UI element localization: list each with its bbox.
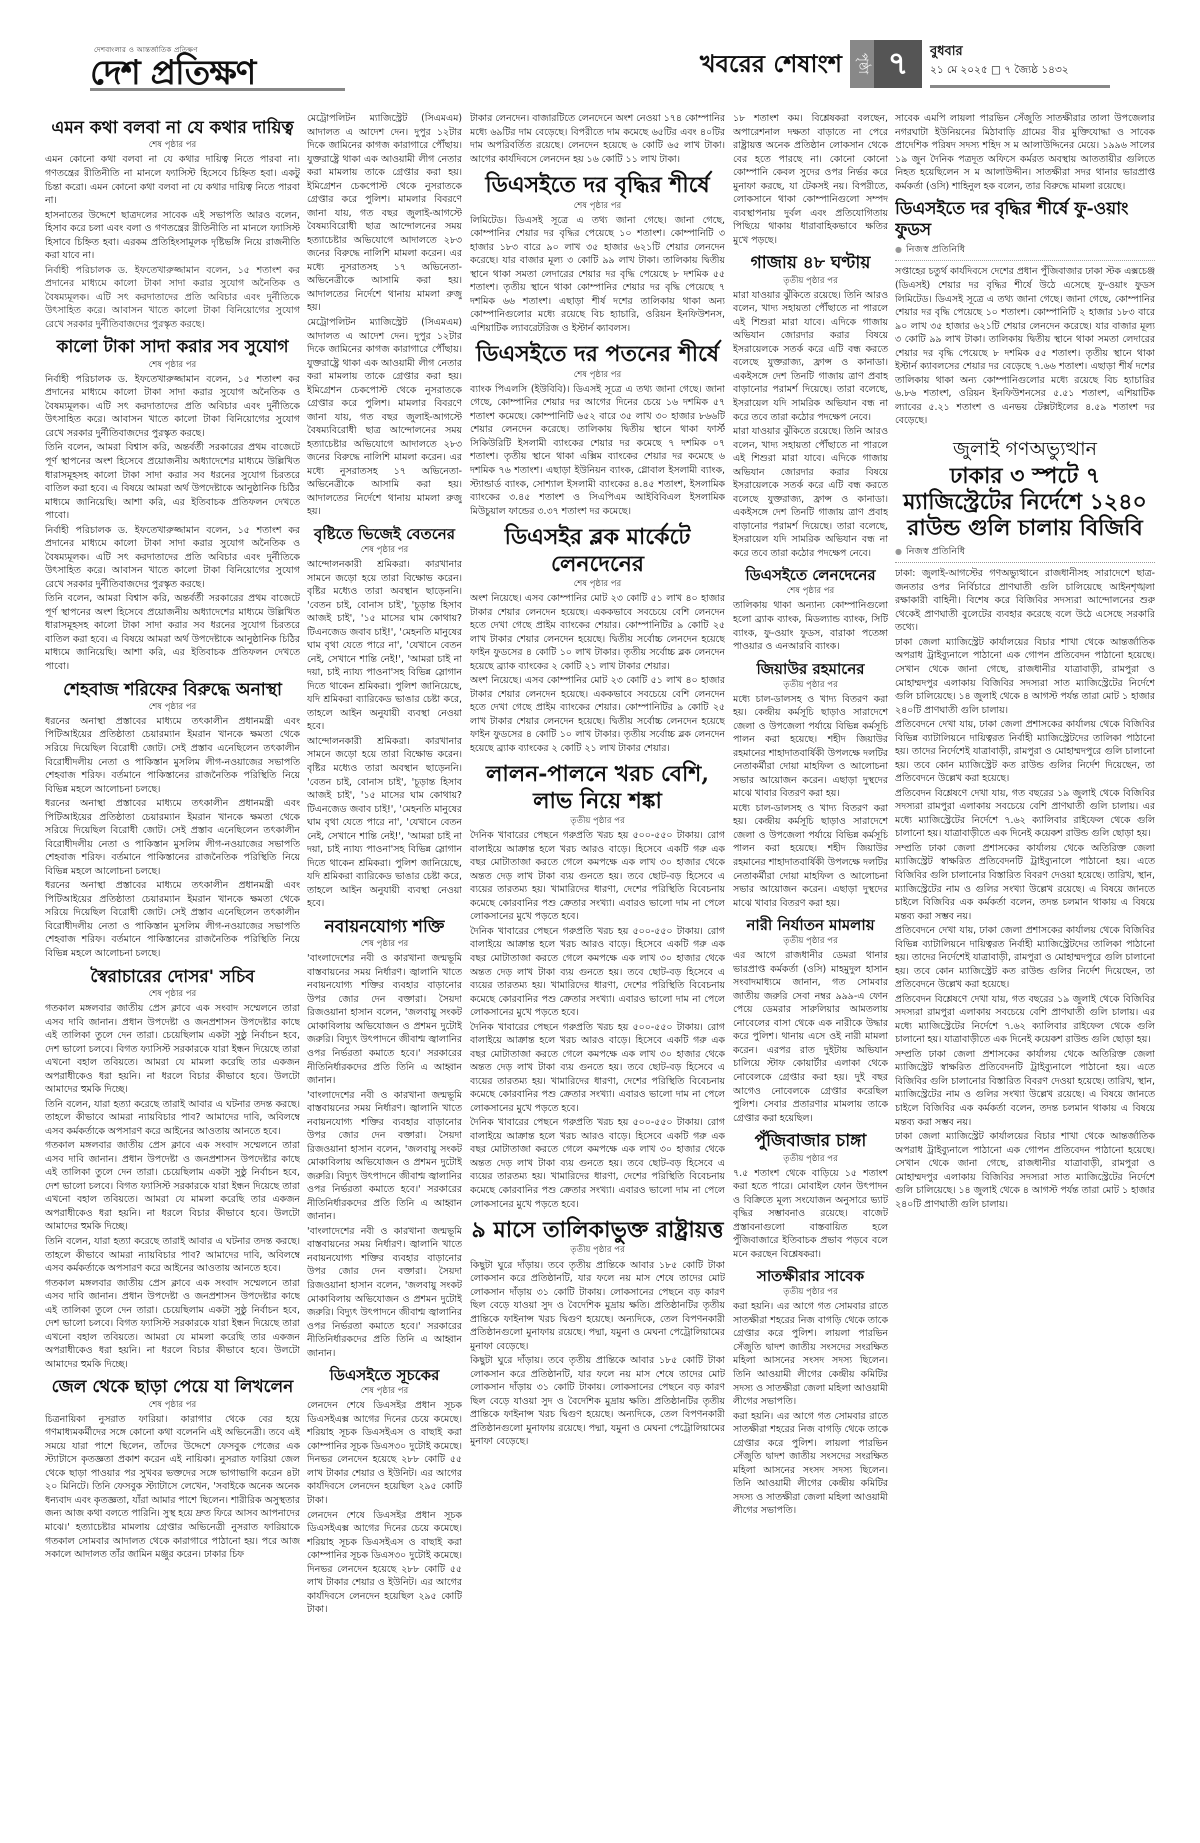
article-brishti: বৃষ্টিতে ভিজেই বেতনের শেষ পৃষ্ঠার পর আন্… xyxy=(307,525,462,911)
weekday: বুধবার xyxy=(930,43,1110,61)
article-dayitto: এমন কথা বলবা না যে কথার দায়িত্ব শেষ পৃষ… xyxy=(45,118,300,331)
continuation-note: শেষ পৃষ্ঠার পর xyxy=(45,988,300,1000)
headline[interactable]: জিয়াউর রহমানের xyxy=(733,660,888,678)
section-title: খবরের শেষাংশ xyxy=(700,47,842,81)
article-body: গতকাল মঙ্গলবার জাতীয় প্রেস ক্লাবে এক সং… xyxy=(45,1002,300,1371)
article-nari-nirjaton: নারী নির্যাতন মামলায় তৃতীয় পৃষ্ঠার পর … xyxy=(733,916,888,1125)
continuation-note: তৃতীয় পৃষ্ঠার পর xyxy=(733,679,888,691)
issue-date: ২১ মে ২০২৫ □ ৭ জ্যৈষ্ঠ ১৪৩২ xyxy=(930,63,1110,78)
divider xyxy=(895,562,1155,563)
byline: নিজস্ব প্রতিনিধি xyxy=(895,545,1155,558)
continuation-note: শেষ পৃষ্ঠার পর xyxy=(45,1399,300,1411)
continuation-note: তৃতীয় পৃষ্ঠার পর xyxy=(733,1286,888,1298)
article-dor-poton: ডিএসইতে দর পতনের শীর্ষে শেষ পৃষ্ঠার পর ব… xyxy=(470,341,725,518)
article-body: আন্দোলনকারী শ্রমিকরা। কারখানার সামনে জড়… xyxy=(307,558,462,911)
article-body: ঢাকা: জুলাই-আগস্টের গণঅভ্যুত্থানে রাজধান… xyxy=(895,567,1155,1211)
headline[interactable]: ডিএসইর ব্লক মার্কেটে লেনদেনের xyxy=(470,524,725,577)
article-satkhira: সাতক্ষীরার সাবেক তৃতীয় পৃষ্ঠার পর করা হ… xyxy=(733,1267,888,1518)
article-nobayonjoggo: নবায়নযোগ্য শক্তি শেষ পৃষ্ঠার পর 'বাংলাদ… xyxy=(307,917,462,1360)
column-2: মেট্রোপলিটন ম্যাজিস্ট্রেট (সিএমএম) আদালত… xyxy=(307,112,462,1843)
article-ziaur: জিয়াউর রহমানের তৃতীয় পৃষ্ঠার পর মধ্যে … xyxy=(733,660,888,911)
article-gaza: গাজায় ৪৮ ঘণ্টায় তৃতীয় পৃষ্ঠার পর মারা… xyxy=(733,253,888,560)
masthead-meta: খবরের শেষাংশ পৃষ্ঠা ৭ বুধবার ২১ মে ২০২৫ … xyxy=(700,40,1110,88)
article-jail: জেল থেকে ছাড়া পেয়ে যা লিখলেন শেষ পৃষ্ঠ… xyxy=(45,1377,300,1561)
headline[interactable]: জেল থেকে ছাড়া পেয়ে যা লিখলেন xyxy=(45,1377,300,1397)
headline[interactable]: নবায়নযোগ্য শক্তি xyxy=(307,917,462,937)
byline: নিজস্ব প্রতিনিধি xyxy=(895,243,1155,256)
article-body: এমন কোনো কথা বলবা না যে কথার দায়িত্ব নি… xyxy=(45,153,300,331)
continuation-note: শেষ পৃষ্ঠার পর xyxy=(45,701,300,713)
headline[interactable]: পুঁজিবাজার চাঙ্গা xyxy=(733,1131,888,1151)
headline[interactable]: স্বৈরাচারের দোসর' সচিব xyxy=(45,967,300,987)
article-body: এর আগে রাজধানীর ডেমরা থানার ভারপ্রাপ্ত ক… xyxy=(733,949,888,1125)
article-body: লিমিটেড। ডিএসই সূত্রে এ তথ্য জানা গেছে। … xyxy=(470,214,725,336)
article-body: লেনদেন শেষে ডিএসইর প্রধান সূচক ডিএসইএক্স… xyxy=(307,1399,462,1617)
column-1: এমন কথা বলবা না যে কথার দায়িত্ব শেষ পৃষ… xyxy=(45,112,300,1843)
article-lendener: ডিএসইতে লেনদেনের শেষ পৃষ্ঠার পর তালিকায়… xyxy=(733,566,888,653)
continuation-note: শেষ পৃষ্ঠার পর xyxy=(470,200,725,212)
headline[interactable]: নারী নির্যাতন মামলায় xyxy=(733,916,888,934)
columns: এমন কথা বলবা না যে কথার দায়িত্ব শেষ পৃষ… xyxy=(45,112,1155,1843)
article-body: ব্যাংক পিএলসি (ইউবিবি)। ডিএসই সূত্রে এ ত… xyxy=(470,383,725,518)
headline[interactable]: ডিএসইতে লেনদেনের xyxy=(733,566,888,584)
continuation-note: শেষ পৃষ্ঠার পর xyxy=(470,578,725,590)
headline[interactable]: ৯ মাসে তালিকাভুক্ত রাষ্ট্রায়ত্ত xyxy=(470,1217,725,1243)
article-rashtrayotto: ৯ মাসে তালিকাভুক্ত রাষ্ট্রায়ত্ত তৃতীয় … xyxy=(470,1217,725,1449)
article-body: ধরনের অনাস্থা প্রস্তাবের মাধ্যমে তৎকালীন… xyxy=(45,715,300,961)
article-block-market: ডিএসইর ব্লক মার্কেটে লেনদেনের শেষ পৃষ্ঠা… xyxy=(470,524,725,755)
masthead-rule xyxy=(90,88,345,91)
article-body: টাকার লেনদেন। বাজারটিতে লেনদেনে অংশ নেওয… xyxy=(470,112,725,166)
article-body: দৈনিক খাবারের পেছনে গরুপ্রতি খরচ হয় ৫০০… xyxy=(470,829,725,1211)
continuation-note: শেষ পৃষ্ঠার পর xyxy=(307,1385,462,1397)
headline[interactable]: এমন কথা বলবা না যে কথার দায়িত্ব xyxy=(45,118,300,138)
article-body: মেট্রোপলিটন ম্যাজিস্ট্রেট (সিএমএম) আদালত… xyxy=(307,112,462,519)
article-body: মধ্যে চাল-ডালসহ ও খাদ্য বিতরণ করা হয়। ক… xyxy=(733,693,888,911)
continuation-note: তৃতীয় পৃষ্ঠার পর xyxy=(733,275,888,287)
article-shehbaz: শেহবাজ শরিফের বিরুদ্ধে অনাস্থা শেষ পৃষ্ঠ… xyxy=(45,680,300,961)
headline[interactable]: ঢাকার ৩ স্পটে ৭ ম্যাজিস্ট্রেটের নির্দেশে… xyxy=(895,463,1155,542)
article-dor-briddhi: ডিএসইতে দর বৃদ্ধির শীর্ষে শেষ পৃষ্ঠার পর… xyxy=(470,172,725,335)
headline[interactable]: ডিএসইতে সূচকের xyxy=(307,1366,462,1384)
page-number: ৭ xyxy=(874,40,922,88)
article-body: তালিকায় থাকা অন্যান্য কোম্পানিগুলো হলো … xyxy=(733,599,888,653)
date-block: বুধবার ২১ মে ২০২৫ □ ৭ জ্যৈষ্ঠ ১৪৩২ xyxy=(930,40,1110,88)
divider xyxy=(895,260,1155,261)
article-body: কিছুটা ঘুরে দাঁড়ায়। তবে তৃতীয় প্রান্ত… xyxy=(470,1259,725,1449)
article-body: অংশ নিয়েছে। এসব কোম্পানির মোট ২৩ কোটি ৫… xyxy=(470,592,725,755)
headline[interactable]: ডিএসইতে দর বৃদ্ধির শীর্ষে xyxy=(470,172,725,198)
article-punjibazar: পুঁজিবাজার চাঙ্গা তৃতীয় পৃষ্ঠার পর ৭.৫ … xyxy=(733,1131,888,1261)
headline[interactable]: ডিএসইতে দর পতনের শীর্ষে xyxy=(470,341,725,367)
continuation-note: তৃতীয় পৃষ্ঠার পর xyxy=(733,1153,888,1165)
article-body: নির্বাহী পরিচালক ড. ইফতেখারুজ্জামান বলেন… xyxy=(45,373,300,674)
article-body: চিত্রনায়িকা নুসরাত ফারিয়া। কারাগার থেক… xyxy=(45,1413,300,1562)
continuation-note: শেষ পৃষ্ঠার পর xyxy=(470,369,725,381)
headline[interactable]: ডিএসইতে দর বৃদ্ধির শীর্ষে ফু-ওয়াং ফুডস xyxy=(895,199,1155,240)
article-body: ৭.৫ শতাংশ থেকে বাড়িয়ে ১৫ শতাংশ করা হতে… xyxy=(733,1167,888,1262)
article-body: 'বাংলাদেশের নবী ও কারখানা জন্মভূমি বাস্ত… xyxy=(307,952,462,1360)
continuation-note: শেষ পৃষ্ঠার পর xyxy=(307,938,462,950)
article-lalon-palon: লালন-পালনে খরচ বেশি, লাভ নিয়ে শঙ্কা তৃত… xyxy=(470,761,725,1211)
column-5: সাবেক এমপি লায়লা পারভিন সেঁজুতি সাতক্ষী… xyxy=(895,112,1155,1843)
masthead: দেশবাংলার ও আন্তর্জাতিক প্রতিক্ষণ দেশ প্… xyxy=(45,0,1155,112)
headline[interactable]: বৃষ্টিতে ভিজেই বেতনের xyxy=(307,525,462,543)
page-label: পৃষ্ঠা xyxy=(850,40,874,88)
column-3: টাকার লেনদেন। বাজারটিতে লেনদেনে অংশ নেওয… xyxy=(470,112,725,1843)
article-suchok: ডিএসইতে সূচকের শেষ পৃষ্ঠার পর লেনদেন শেষ… xyxy=(307,1366,462,1617)
continuation-note: শেষ পৃষ্ঠার পর xyxy=(45,139,300,151)
continuation-note: শেষ পৃষ্ঠার পর xyxy=(733,585,888,597)
article-body: মারা যাওয়ার ঝুঁকিতে রয়েছে। তিনি আরও বল… xyxy=(733,289,888,561)
article-sachib: স্বৈরাচারের দোসর' সচিব শেষ পৃষ্ঠার পর গত… xyxy=(45,967,300,1372)
newspaper-logo[interactable]: দেশ প্রতিক্ষণ xyxy=(90,56,255,90)
continuation-note: শেষ পৃষ্ঠার পর xyxy=(45,359,300,371)
continuation-note: শেষ পৃষ্ঠার পর xyxy=(307,544,462,556)
article-kalo-taka: কালো টাকা সাদা করার সব সুযোগ শেষ পৃষ্ঠার… xyxy=(45,337,300,673)
masthead-brand: দেশবাংলার ও আন্তর্জাতিক প্রতিক্ষণ দেশ প্… xyxy=(90,46,255,90)
article-body: সাবেক এমপি লায়লা পারভিন সেঁজুতি সাতক্ষী… xyxy=(895,112,1155,193)
newspaper-page: দেশবাংলার ও আন্তর্জাতিক প্রতিক্ষণ দেশ প্… xyxy=(0,0,1200,1843)
headline[interactable]: সাতক্ষীরার সাবেক xyxy=(733,1267,888,1285)
article-body: করা হয়নি। এর আগে গত সোমবার রাতে সাতক্ষী… xyxy=(733,1300,888,1518)
article-body: ১৮ শতাংশ কম। বিশ্লেষকরা বলছেন, অপারেশনাল… xyxy=(733,112,888,247)
continuation-note: তৃতীয় পৃষ্ঠার পর xyxy=(733,935,888,947)
article-bgb-firing: জুলাই গণঅভ্যুত্থান ঢাকার ৩ স্পটে ৭ ম্যাজ… xyxy=(895,438,1155,1211)
headline[interactable]: কালো টাকা সাদা করার সব সুযোগ xyxy=(45,337,300,357)
article-body: সপ্তাহের চতুর্থ কার্যদিবসে দেশের প্রধান … xyxy=(895,265,1155,427)
continuation-note: তৃতীয় পৃষ্ঠার পর xyxy=(470,1244,725,1256)
headline[interactable]: লালন-পালনে খরচ বেশি, লাভ নিয়ে শঙ্কা xyxy=(470,761,725,814)
column-4: ১৮ শতাংশ কম। বিশ্লেষকরা বলছেন, অপারেশনাল… xyxy=(733,112,888,1843)
kicker: জুলাই গণঅভ্যুত্থান xyxy=(895,438,1155,461)
continuation-note: তৃতীয় পৃষ্ঠার পর xyxy=(470,815,725,827)
article-fu-wang: ডিএসইতে দর বৃদ্ধির শীর্ষে ফু-ওয়াং ফুডস … xyxy=(895,199,1155,428)
headline[interactable]: শেহবাজ শরিফের বিরুদ্ধে অনাস্থা xyxy=(45,680,300,700)
headline[interactable]: গাজায় ৪৮ ঘণ্টায় xyxy=(733,253,888,273)
